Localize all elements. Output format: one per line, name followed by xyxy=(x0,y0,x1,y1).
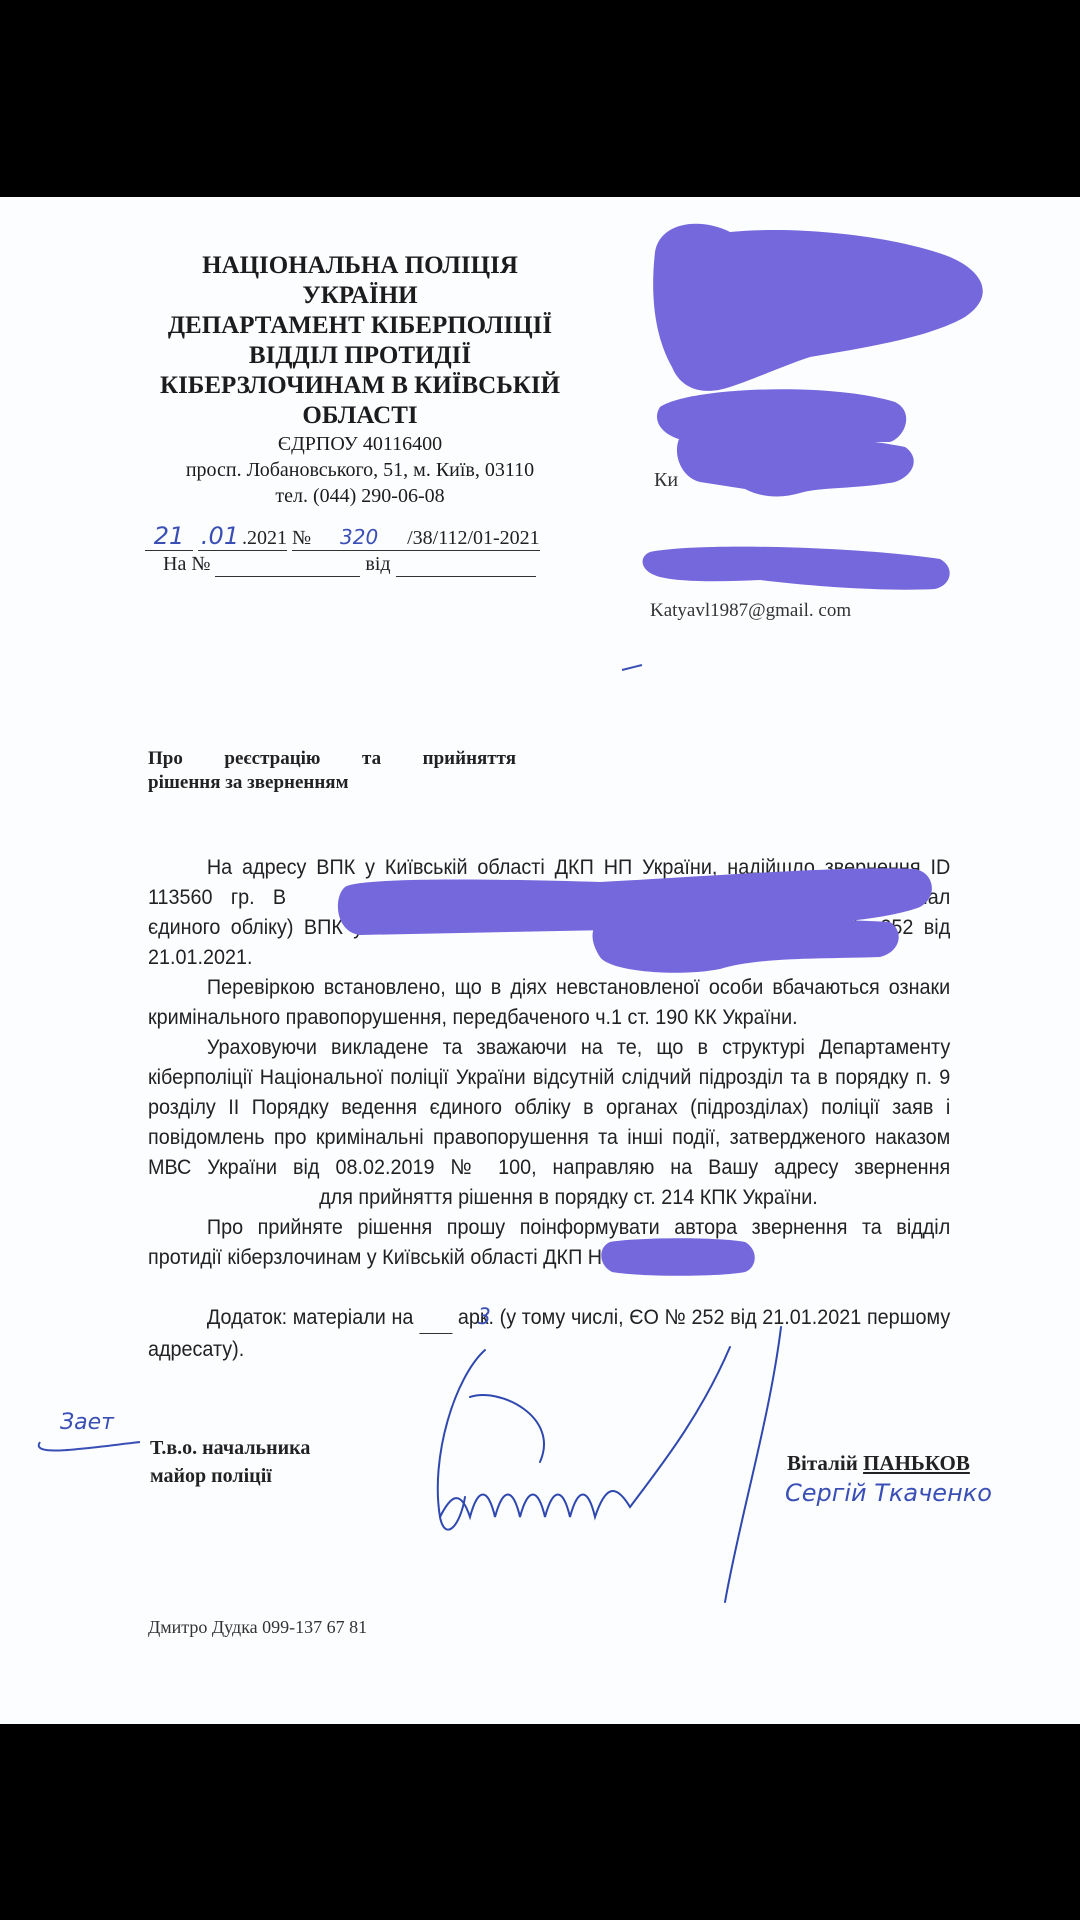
contact-person: Дмитро Дудка 099-137 67 81 xyxy=(148,1617,367,1638)
signature-scribble xyxy=(0,197,1080,1724)
document-page: НАЦІОНАЛЬНА ПОЛІЦІЯ УКРАЇНИ ДЕПАРТАМЕНТ … xyxy=(0,197,1080,1724)
